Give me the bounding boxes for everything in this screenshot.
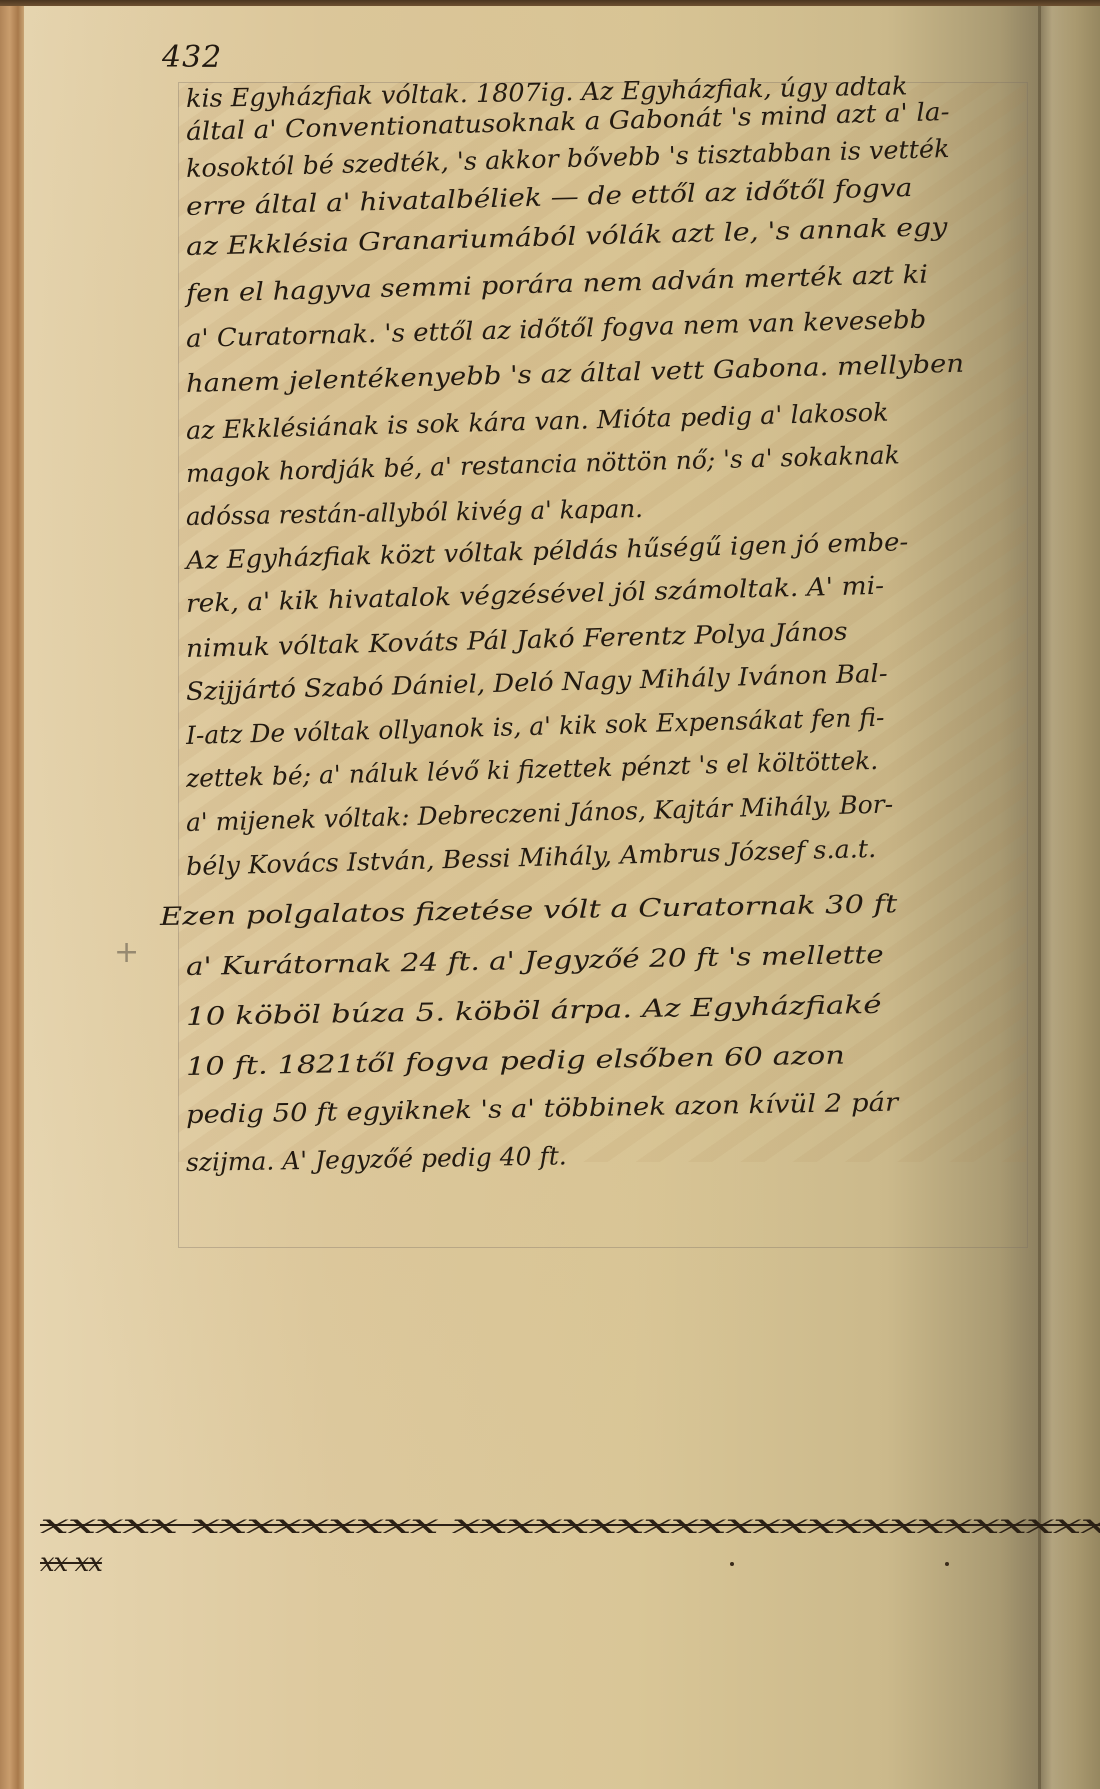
ink-dot <box>730 1562 734 1566</box>
page-number: 432 <box>162 40 222 75</box>
book-binding-edge <box>0 6 24 1789</box>
margin-cross-mark: + <box>114 935 139 970</box>
crossed-out-line: xxxxx xxxxxxxxx xxxxxxxxxxxxxxxxxxxxxxxx… <box>40 1510 1100 1540</box>
crossed-out-line: xx xx <box>40 1548 102 1578</box>
ink-dot <box>945 1562 949 1566</box>
manuscript-scan: 432 + kis Egyházfiak vóltak. 1807ig. Az … <box>0 0 1100 1789</box>
